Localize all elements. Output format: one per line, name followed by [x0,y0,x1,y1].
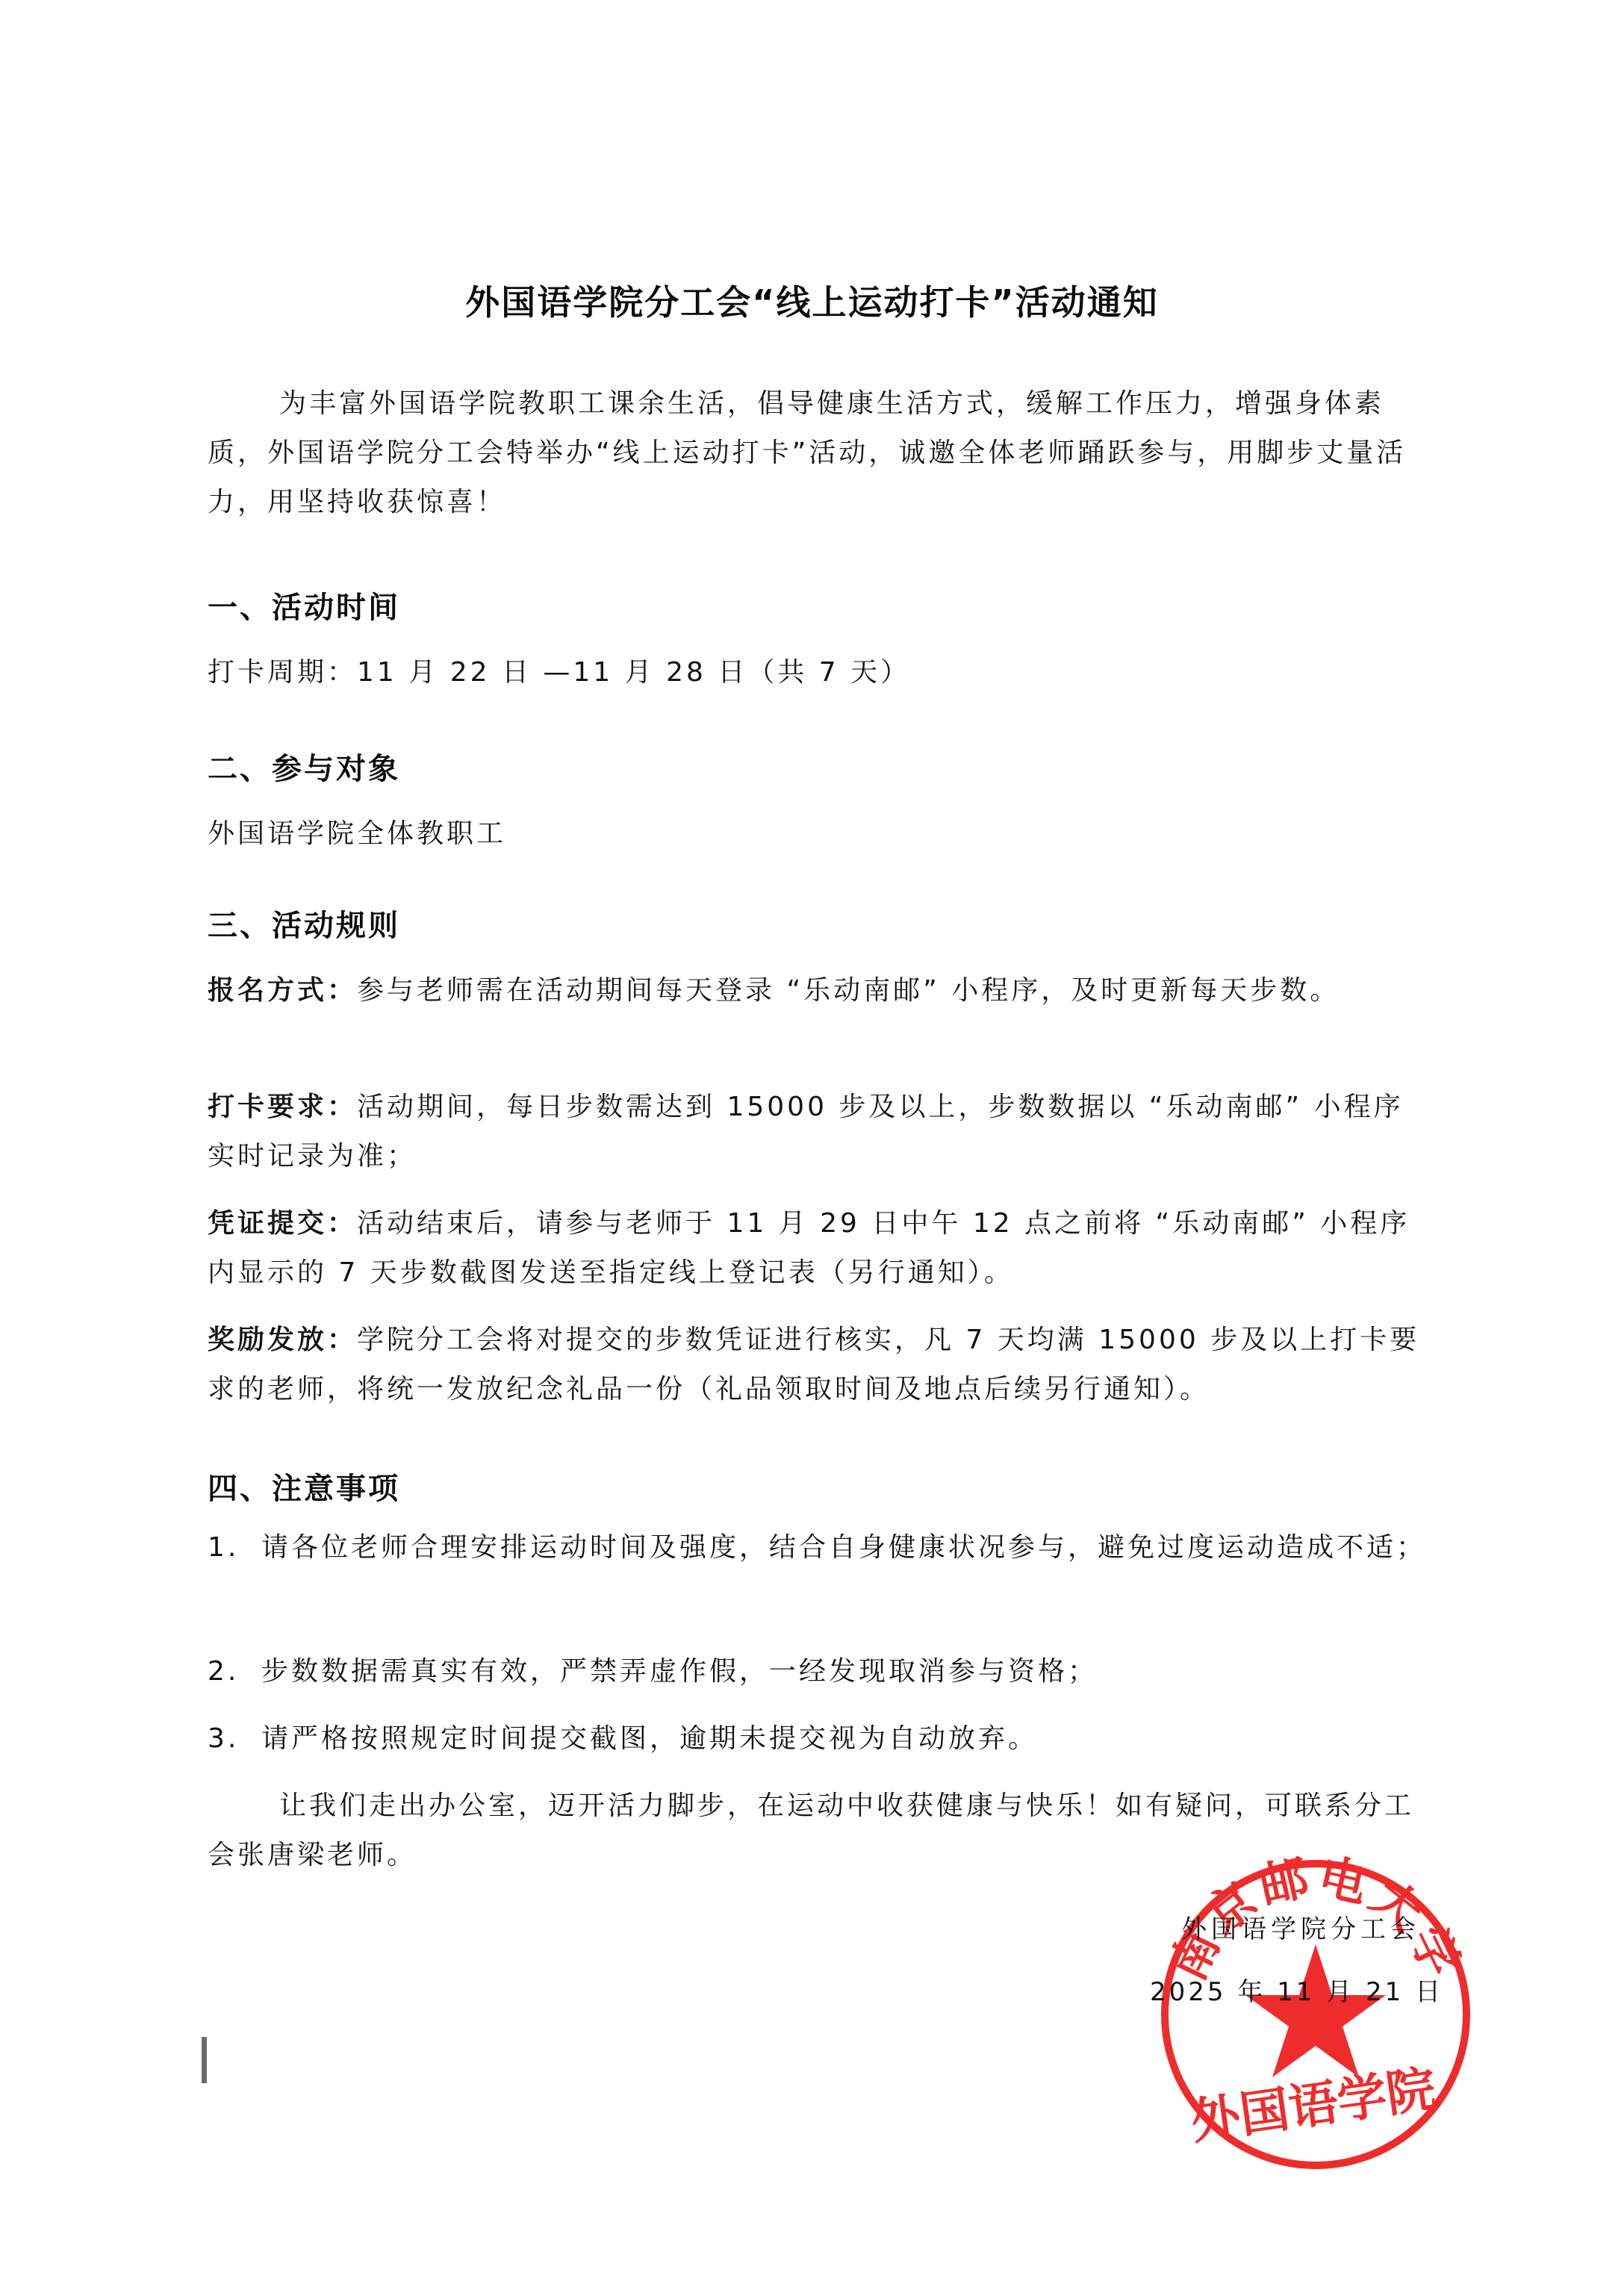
participants-text: 外国语学院全体教职工 [208,809,1432,859]
rule-label: 打卡要求： [208,1092,357,1122]
note-number: 1. [208,1523,239,1572]
seal-star-icon [1245,1944,1386,2077]
rule-text: 活动期间，每日步数需达到 15000 步及以上，步数数据以 “乐动南邮” 小程序… [208,1092,1404,1172]
note-item: 3. 请严格按照规定时间提交截图，逾期未提交视为自动放弃。 [208,1714,1432,1764]
rule-label: 报名方式： [208,975,357,1006]
note-number: 3. [208,1714,239,1764]
rule-checkin: 打卡要求：活动期间，每日步数需达到 15000 步及以上，步数数据以 “乐动南邮… [208,1083,1432,1181]
activity-period: 打卡周期：11 月 22 日 —11 月 28 日（共 7 天） [208,648,1432,697]
document-title: 外国语学院分工会“线上运动打卡”活动通知 [0,276,1624,325]
rule-label: 凭证提交： [208,1208,357,1239]
section-heading-participants: 二、参与对象 [208,745,400,788]
rule-text: 活动结束后，请参与老师于 11 月 29 日中午 12 点之前将 “乐动南邮” … [208,1208,1410,1288]
intro-paragraph: 为丰富外国语学院教职工课余生活，倡导健康生活方式，缓解工作压力，增强身体素质，外… [208,379,1432,527]
section-heading-notes: 四、注意事项 [208,1465,400,1508]
section-heading-time: 一、活动时间 [208,584,400,626]
rule-submission: 凭证提交：活动结束后，请参与老师于 11 月 29 日中午 12 点之前将 “乐… [208,1199,1432,1298]
rule-text: 学院分工会将对提交的步数凭证进行核实，凡 7 天均满 15000 步及以上打卡要… [208,1325,1419,1404]
note-item: 2. 步数数据需真实有效，严禁弄虚作假，一经发现取消参与资格； [208,1647,1432,1696]
note-item: 1. 请各位老师合理安排运动时间及强度，结合自身健康状况参与，避免过度运动造成不… [208,1523,1432,1572]
scan-artifact-mark [202,2037,207,2083]
rule-label: 奖励发放： [208,1325,357,1355]
note-number: 2. [208,1647,239,1696]
rule-registration: 报名方式：参与老师需在活动期间每天登录 “乐动南邮” 小程序，及时更新每天步数。 [208,966,1432,1015]
note-text: 请严格按照规定时间提交截图，逾期未提交视为自动放弃。 [208,1714,1432,1764]
note-text: 请各位老师合理安排运动时间及强度，结合自身健康状况参与，避免过度运动造成不适； [208,1523,1432,1572]
section-heading-rules: 三、活动规则 [208,902,400,945]
document-page: 外国语学院分工会“线上运动打卡”活动通知 为丰富外国语学院教职工课余生活，倡导健… [0,0,1624,2296]
note-text: 步数数据需真实有效，严禁弄虚作假，一经发现取消参与资格； [208,1647,1432,1696]
rule-text: 参与老师需在活动期间每天登录 “乐动南邮” 小程序，及时更新每天步数。 [357,975,1340,1006]
official-seal-icon: 南京邮电大学 外国语学院 [1157,1856,1474,2173]
rule-reward: 奖励发放：学院分工会将对提交的步数凭证进行核实，凡 7 天均满 15000 步及… [208,1316,1432,1414]
